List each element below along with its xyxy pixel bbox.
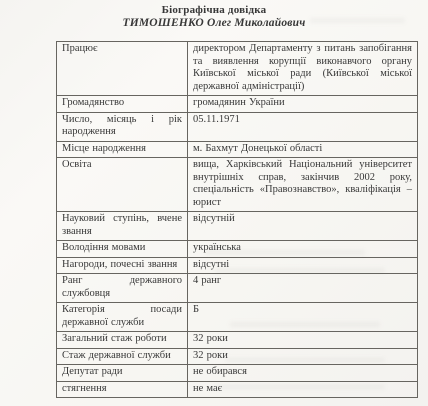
- table-row: Місце народженням. Бахмут Донецької обла…: [57, 141, 418, 158]
- row-value: українська: [188, 241, 418, 258]
- person-name: ТИМОШЕНКО Олег Миколайович: [0, 17, 428, 29]
- row-value: 4 ранг: [188, 274, 418, 303]
- scanned-document-page: Біографічна довідка ТИМОШЕНКО Олег Микол…: [0, 0, 428, 406]
- row-label: Число, місяць і рік народження: [57, 112, 188, 141]
- table-row: Науковий ступінь, вчене званнявідсутній: [57, 212, 418, 241]
- row-label: Стаж державної служби: [57, 348, 188, 365]
- bio-table-body: Працюєдиректором Департаменту з питань з…: [57, 42, 418, 398]
- row-value: 05.11.1971: [188, 112, 418, 141]
- table-row: Загальний стаж роботи32 роки: [57, 332, 418, 349]
- row-label: Ранг державного службовця: [57, 274, 188, 303]
- row-label: Працює: [57, 42, 188, 96]
- row-value: відсутній: [188, 212, 418, 241]
- row-value: не обирався: [188, 365, 418, 382]
- table-row: Працюєдиректором Департаменту з питань з…: [57, 42, 418, 96]
- table-row: Громадянствогромадянин України: [57, 96, 418, 113]
- table-row: Освітавища, Харківський Національний уні…: [57, 158, 418, 212]
- table-row: Ранг державного службовця4 ранг: [57, 274, 418, 303]
- row-value: директором Департаменту з питань запобіг…: [188, 42, 418, 96]
- row-label: Громадянство: [57, 96, 188, 113]
- table-row: Категорія посади державної службиБ: [57, 303, 418, 332]
- row-label: Категорія посади державної служби: [57, 303, 188, 332]
- row-label: Освіта: [57, 158, 188, 212]
- row-value: 32 роки: [188, 332, 418, 349]
- table-row: Депутат радине обирався: [57, 365, 418, 382]
- table-row: Нагороди, почесні званнявідсутні: [57, 257, 418, 274]
- row-value: відсутні: [188, 257, 418, 274]
- table-row: Володіння мовамиукраїнська: [57, 241, 418, 258]
- row-value: вища, Харківський Національний університ…: [188, 158, 418, 212]
- row-value: громадянин України: [188, 96, 418, 113]
- row-label: Володіння мовами: [57, 241, 188, 258]
- table-row: стягненняне має: [57, 381, 418, 398]
- row-value: 32 роки: [188, 348, 418, 365]
- bio-table: Працюєдиректором Департаменту з питань з…: [56, 41, 418, 398]
- row-label: Депутат ради: [57, 365, 188, 382]
- table-row: Стаж державної служби32 роки: [57, 348, 418, 365]
- table-row: Число, місяць і рік народження05.11.1971: [57, 112, 418, 141]
- row-value: не має: [188, 381, 418, 398]
- document-header: Біографічна довідка ТИМОШЕНКО Олег Микол…: [0, 0, 428, 29]
- row-label: Науковий ступінь, вчене звання: [57, 212, 188, 241]
- row-label: Нагороди, почесні звання: [57, 257, 188, 274]
- row-value: м. Бахмут Донецької області: [188, 141, 418, 158]
- row-label: Місце народження: [57, 141, 188, 158]
- row-label: стягнення: [57, 381, 188, 398]
- row-value: Б: [188, 303, 418, 332]
- row-label: Загальний стаж роботи: [57, 332, 188, 349]
- document-title: Біографічна довідка: [0, 4, 428, 16]
